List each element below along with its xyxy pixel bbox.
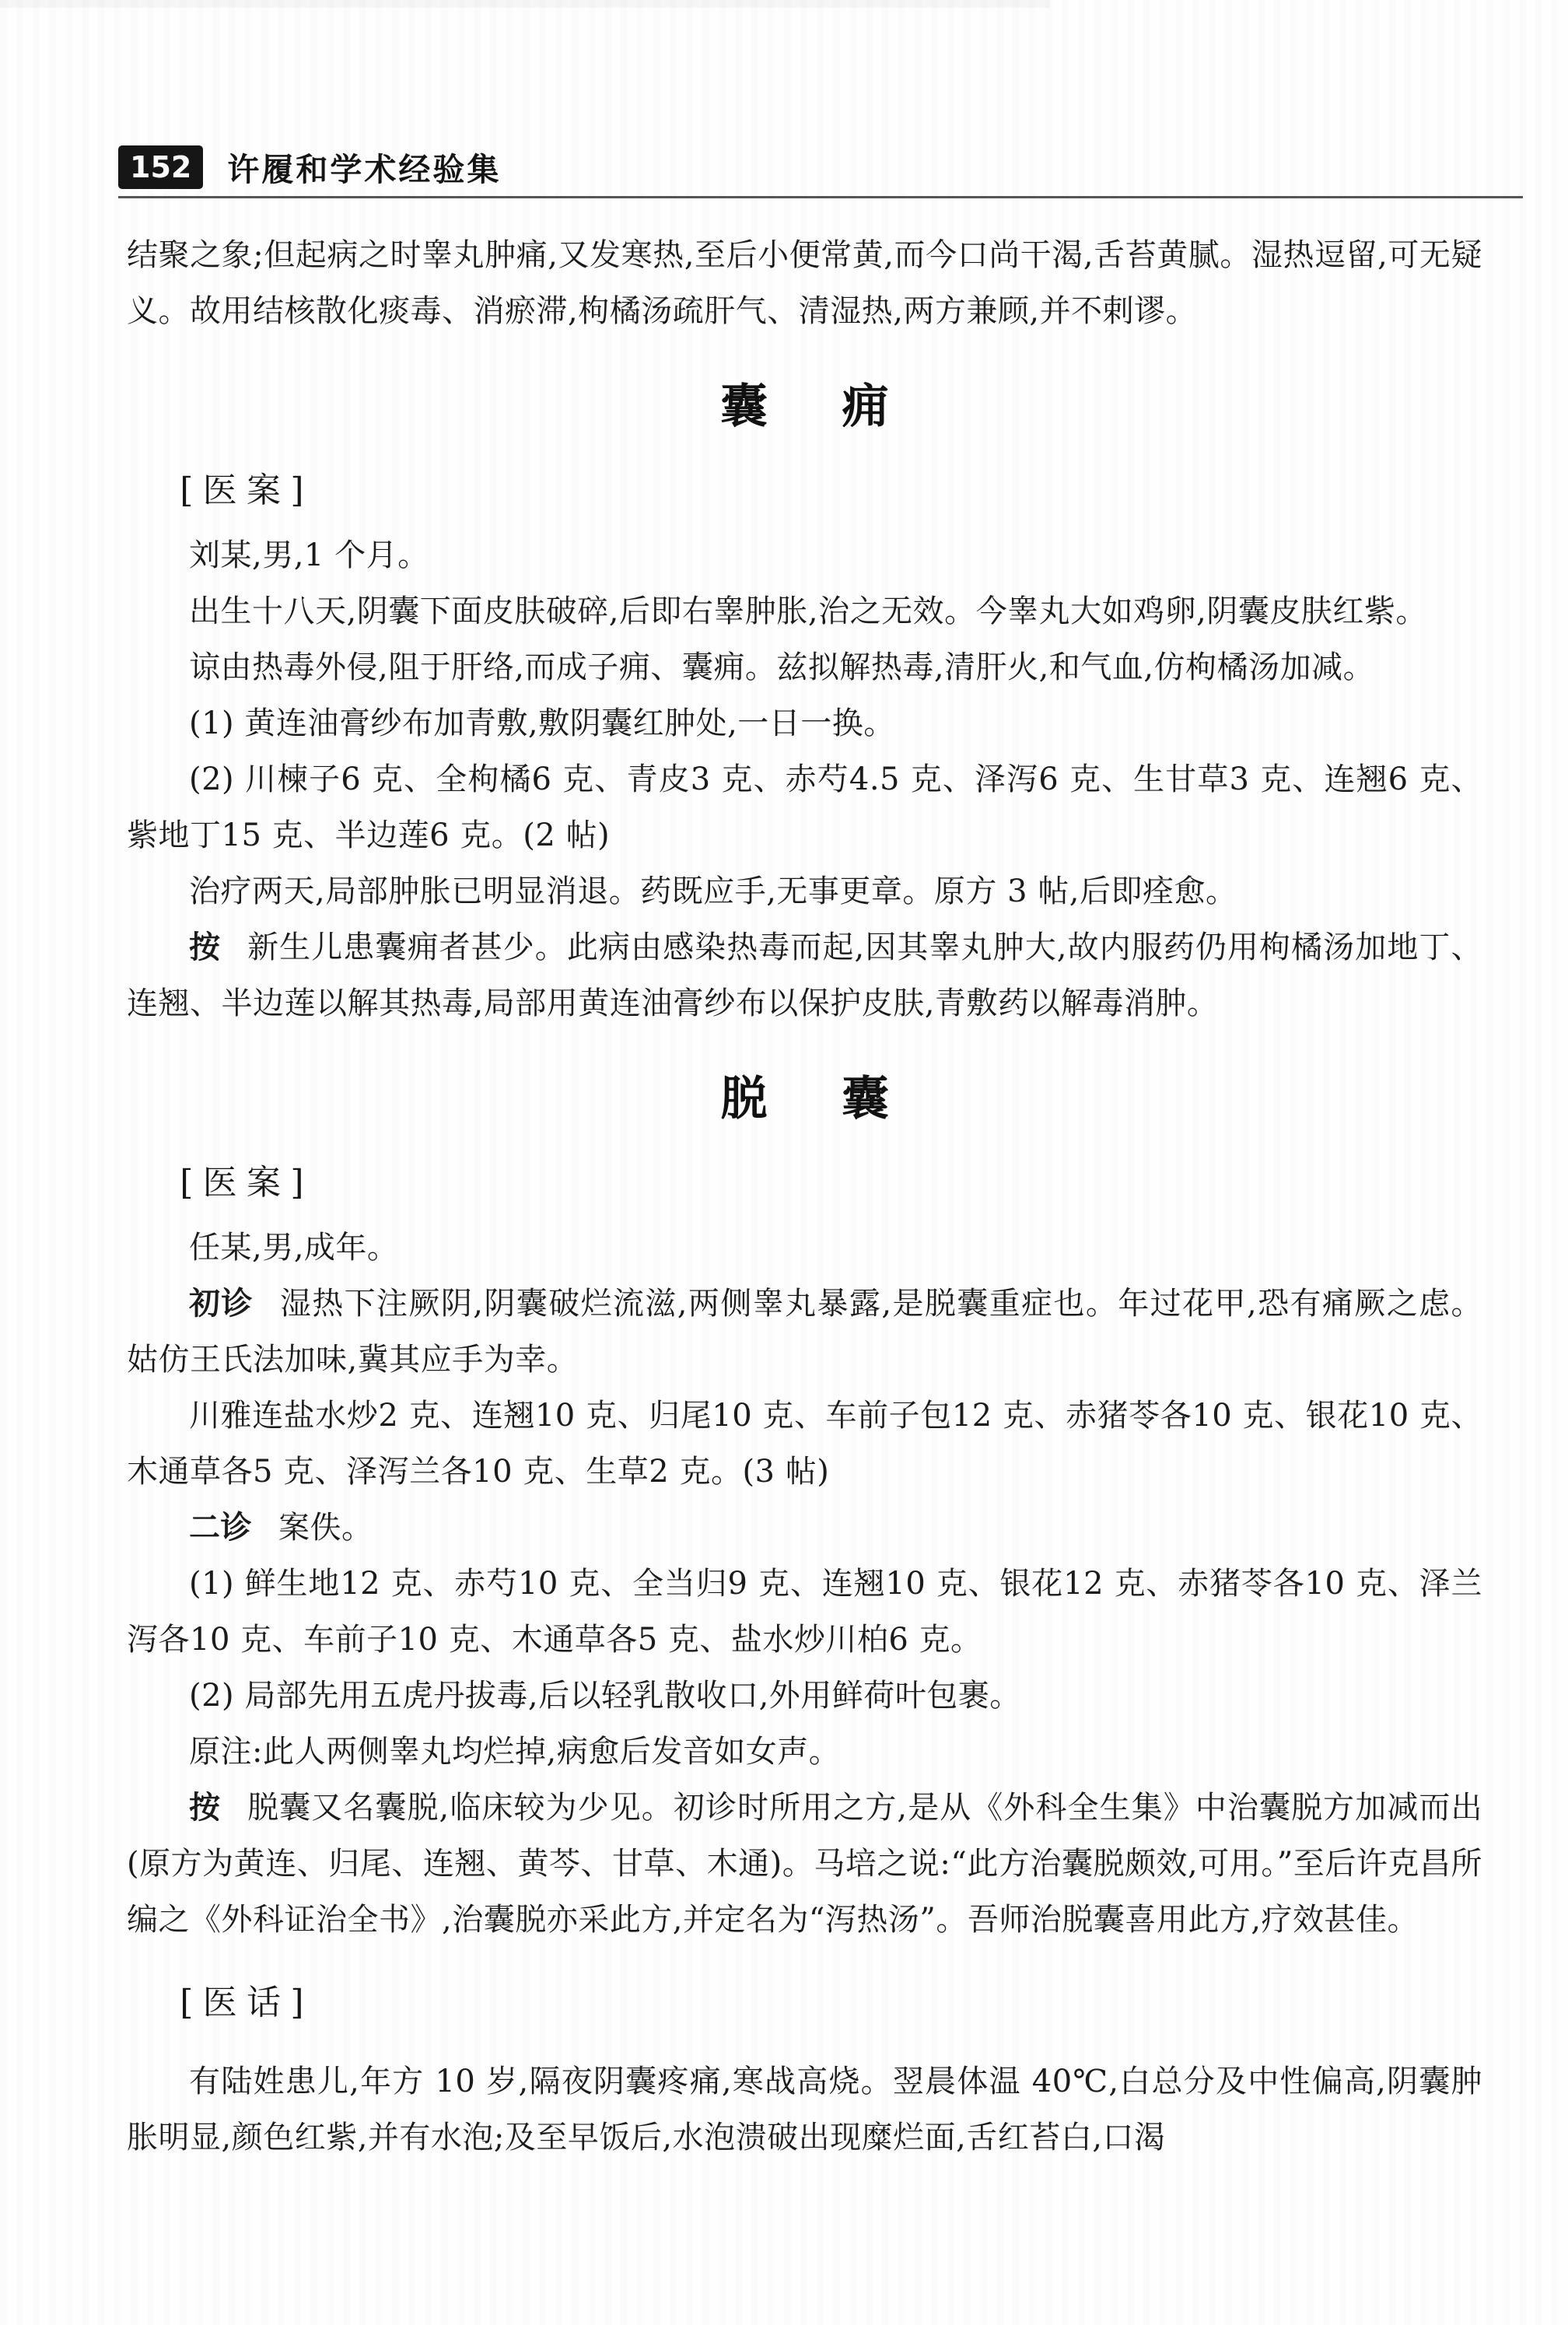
paragraph-prescription-second-visit-2: (2) 局部先用五虎丹拔毒,后以轻乳散收口,外用鲜荷叶包裹。 [127,1668,1482,1724]
paragraph-analysis: 谅由热毒外侵,阻于肝络,而成子痈、囊痈。兹拟解热毒,清肝火,和气血,仿枸橘汤加减… [127,639,1482,695]
paragraph-original-note: 原注:此人两侧睾丸均烂掉,病愈后发音如女声。 [127,1724,1482,1780]
page-content: 结聚之象;但起病之时睾丸肿痛,又发寒热,至后小便常黄,而今口尚干渴,舌苔黄腻。湿… [127,227,1482,2166]
second-visit-text: 案佚。 [278,1510,373,1546]
paragraph-commentary: 按新生儿患囊痈者甚少。此病由感染热毒而起,因其睾丸肿大,故内服药仍用枸橘汤加地丁… [127,919,1482,1031]
paragraph-prescription-first-visit: 川雅连盐水炒2 克、连翘10 克、归尾10 克、车前子包12 克、赤猪苓各10 … [127,1388,1482,1500]
first-visit-label: 初诊 [189,1285,254,1322]
paragraph-commentary-2: 按脱囊又名囊脱,临床较为少见。初诊时所用之方,是从《外科全生集》中治囊脱方加减而… [127,1780,1482,1948]
page-number-badge: 152 [118,145,203,189]
paragraph-outcome: 治疗两天,局部肿胀已明显消退。药既应手,无事更章。原方 3 帖,后即痊愈。 [127,863,1482,919]
paragraph-second-visit: 二诊案佚。 [127,1500,1482,1556]
commentary-label: 按 [189,929,221,965]
commentary-text: 新生儿患囊痈者甚少。此病由感染热毒而起,因其睾丸肿大,故内服药仍用枸橘汤加地丁、… [127,930,1482,1021]
commentary-label-2: 按 [189,1789,221,1826]
paragraph-continued-from-previous-page: 结聚之象;但起病之时睾丸肿痛,又发寒热,至后小便常黄,而今口尚干渴,舌苔黄腻。湿… [127,227,1482,339]
paragraph-prescription-1: (1) 黄连油膏纱布加青敷,敷阴囊红肿处,一日一换。 [127,695,1482,751]
book-page: 152 许履和学术经验集 结聚之象;但起病之时睾丸肿痛,又发寒热,至后小便常黄,… [0,0,1568,2325]
medical-talk-label: [医话] [127,1974,1482,2032]
paragraph-medical-talk: 有陆姓患儿,年方 10 岁,隔夜阴囊疼痛,寒战高烧。翌晨体温 40℃,白总分及中… [127,2054,1482,2166]
first-visit-text: 湿热下注厥阴,阴囊破烂流滋,两侧睾丸暴露,是脱囊重症也。年过花甲,恐有痛厥之虑。… [127,1286,1482,1378]
paragraph-patient-info: 刘某,男,1 个月。 [127,527,1482,583]
paragraph-prescription-2: (2) 川楝子6 克、全枸橘6 克、青皮3 克、赤芍4.5 克、泽泻6 克、生甘… [127,751,1482,863]
paragraph-patient-info-2: 任某,男,成年。 [127,1220,1482,1276]
section-title-nang-yong: 囊痈 [127,375,1482,439]
header-rule [118,196,1523,198]
case-record-label-nang-yong: [医案] [127,462,1482,520]
commentary-text-2: 脱囊又名囊脱,临床较为少见。初诊时所用之方,是从《外科全生集》中治囊脱方加减而出… [127,1790,1482,1938]
second-visit-label: 二诊 [189,1509,252,1546]
paragraph-first-visit: 初诊湿热下注厥阴,阴囊破烂流滋,两侧睾丸暴露,是脱囊重症也。年过花甲,恐有痛厥之… [127,1276,1482,1388]
book-title: 许履和学术经验集 [227,144,501,190]
case-record-label-tuo-nang: [医案] [127,1154,1482,1212]
paragraph-history: 出生十八天,阴囊下面皮肤破碎,后即右睾肿胀,治之无效。今睾丸大如鸡卵,阴囊皮肤红… [127,583,1482,639]
paragraph-prescription-second-visit-1: (1) 鲜生地12 克、赤芍10 克、全当归9 克、连翘10 克、银花12 克、… [127,1556,1482,1668]
running-header: 152 许履和学术经验集 [118,144,501,189]
section-title-tuo-nang: 脱囊 [127,1067,1482,1131]
scan-artifact-strip [0,0,1050,8]
